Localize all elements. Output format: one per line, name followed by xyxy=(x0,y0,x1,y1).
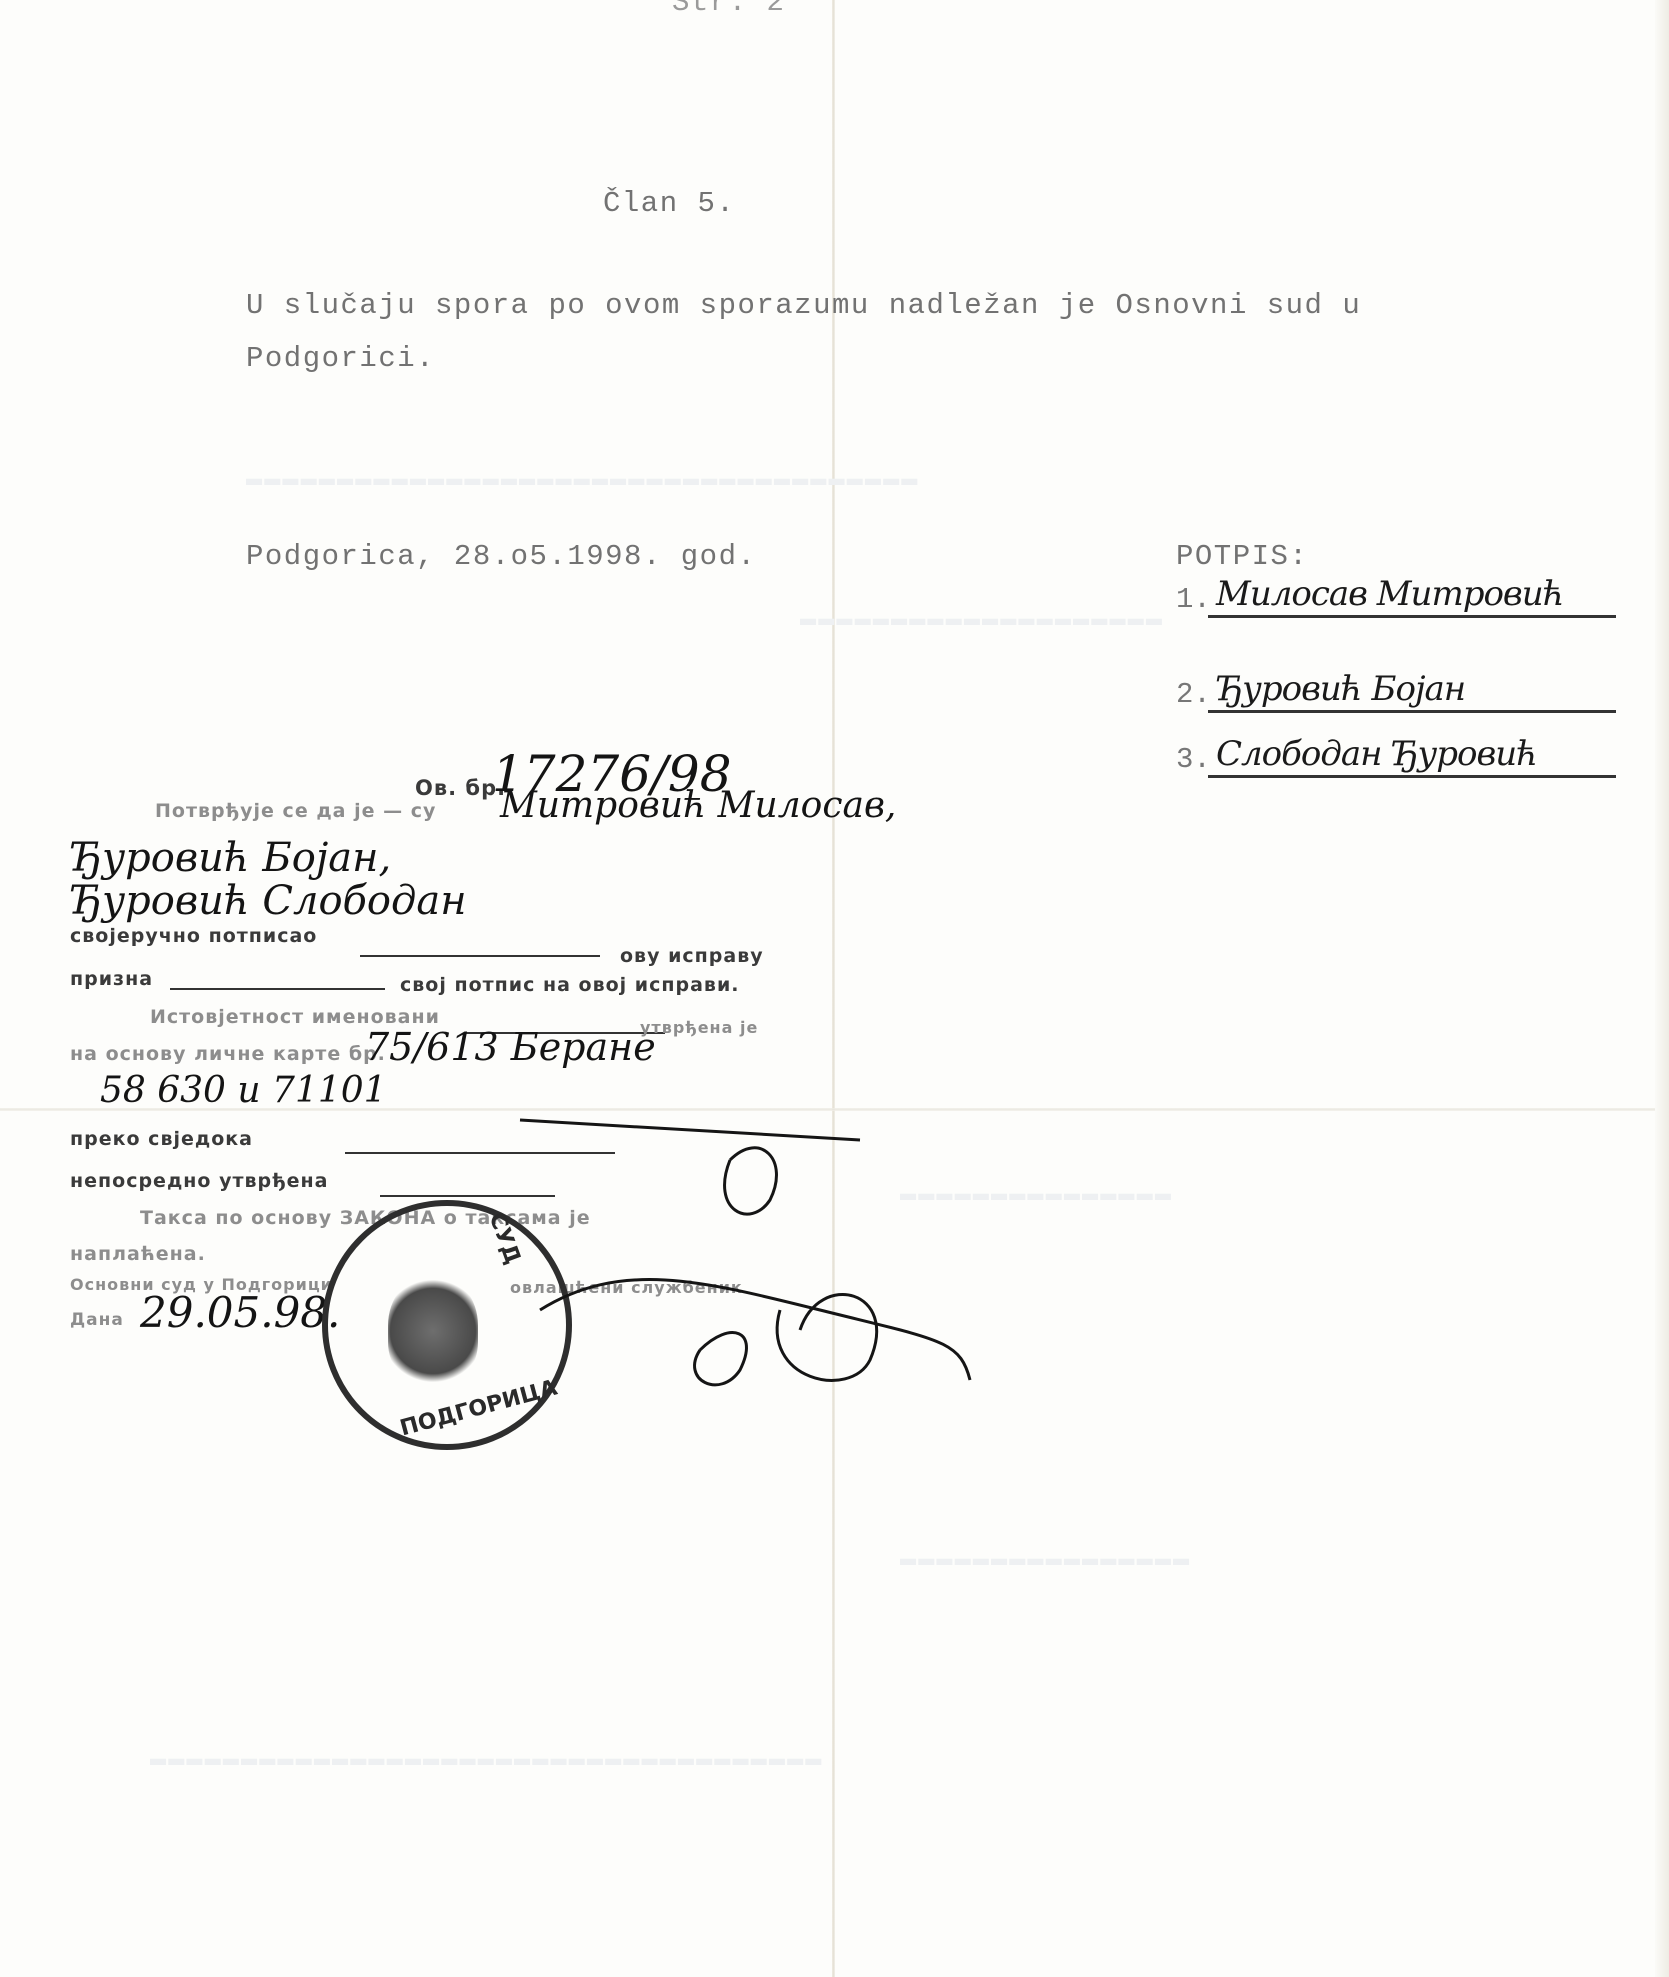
signature-line xyxy=(1208,710,1616,713)
article-title: Član 5. xyxy=(603,187,735,220)
page-number: Str. 2 xyxy=(672,0,785,19)
tax-suffix: наплаћена. xyxy=(70,1243,206,1265)
signature-row: 3. Слободан Ђуровић xyxy=(1176,730,1616,780)
established-text: непосредно утврђена xyxy=(70,1170,329,1192)
place-date: Podgorica, 28.o5.1998. god. xyxy=(246,540,756,573)
id-card-text: на основу личне карте бр. xyxy=(70,1043,386,1065)
show-through-text: ▬▬▬▬▬▬▬▬▬▬▬▬▬▬▬▬▬▬▬▬▬▬▬▬▬▬▬▬▬▬▬▬▬▬▬▬▬ xyxy=(246,465,920,495)
handwritten-signature: Милосав Митровић xyxy=(1216,574,1564,614)
show-through-text: ▬▬▬▬▬▬▬▬▬▬▬▬▬▬▬▬▬▬▬▬ xyxy=(800,605,1164,635)
signature-number: 1. xyxy=(1176,583,1211,616)
article-body-line: Podgorici. xyxy=(246,342,435,375)
signature-line xyxy=(1208,615,1616,618)
handwritten-signature: Ђуровић Бојан xyxy=(1216,669,1465,709)
show-through-text: ▬▬▬▬▬▬▬▬▬▬▬▬▬▬▬▬▬▬▬▬▬▬▬▬▬▬▬▬▬▬▬▬▬▬▬▬▬ xyxy=(150,1745,824,1775)
signature-number: 3. xyxy=(1176,743,1211,776)
signature-row: 2. Ђуровић Бојан xyxy=(1176,665,1616,715)
names-line: Ђуровић Бојан, xyxy=(70,835,391,881)
confirm-text: Потврђује се да је — су xyxy=(155,800,436,822)
id-card-number: 58 630 и 71101 xyxy=(100,1070,387,1111)
names-line: Ђуровић Слободан xyxy=(70,878,467,924)
signature-row: 1. Милосав Митровић xyxy=(1176,570,1616,620)
article-body-line: U slučaju spora po ovom sporazumu nadlež… xyxy=(246,289,1361,322)
signature-number: 2. xyxy=(1176,678,1211,711)
show-through-text: ▬▬▬▬▬▬▬▬▬▬▬▬▬▬▬▬ xyxy=(900,1545,1191,1575)
id-card-number: 75/613 Беране xyxy=(365,1025,656,1069)
admit-suffix: свој потпис на овој исправи. xyxy=(400,974,739,996)
blank-line xyxy=(360,955,600,957)
signature-heading: POTPIS: xyxy=(1176,540,1308,573)
date-handwritten: 29.05.98. xyxy=(140,1288,340,1337)
officer-signature-scribble xyxy=(400,1080,1000,1420)
identity-suffix: утврђена је xyxy=(640,1018,758,1037)
witness-text: преко свједока xyxy=(70,1128,253,1150)
paper-edge xyxy=(1655,0,1669,1977)
blank-line xyxy=(170,988,385,990)
names-line: Митровић Милосав, xyxy=(500,785,896,826)
handwritten-signature: Слободан Ђуровић xyxy=(1216,734,1537,774)
signed-text: својеручно потписао xyxy=(70,925,317,947)
admit-prefix: призна xyxy=(70,968,153,990)
signature-line xyxy=(1208,775,1616,778)
date-label: Дана xyxy=(70,1310,124,1330)
document-text: ову исправу xyxy=(620,945,764,967)
